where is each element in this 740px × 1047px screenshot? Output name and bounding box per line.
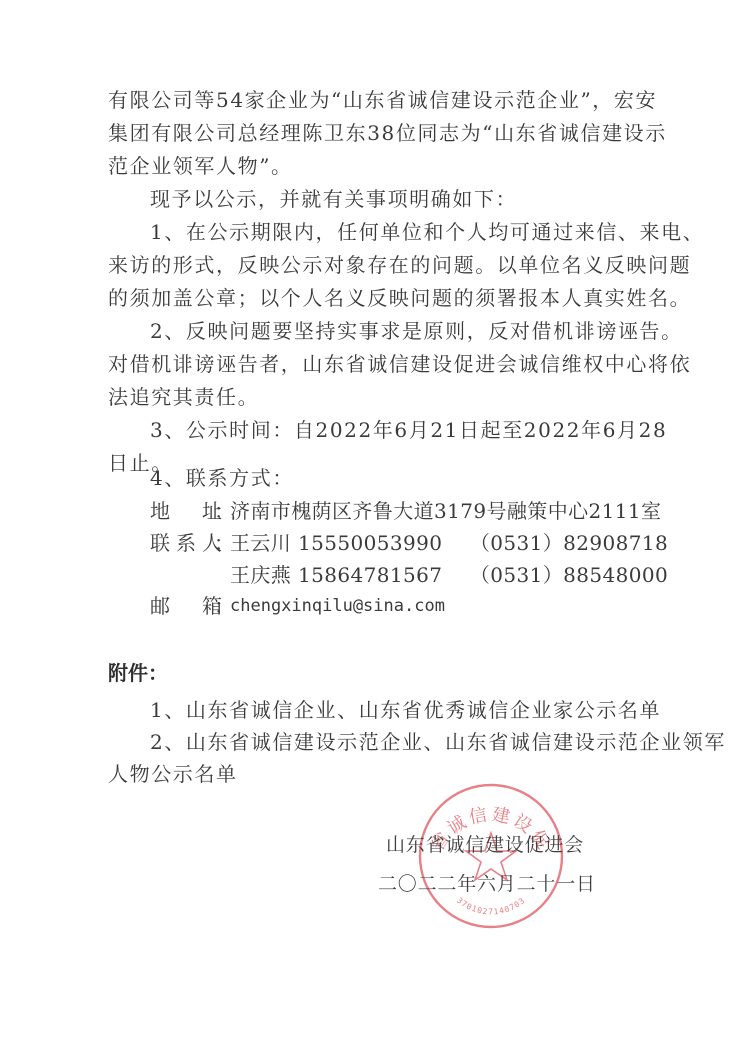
address-value: 济南市槐荫区齐鲁大道3179号融策中心2111室	[230, 499, 661, 523]
contact-phone: （0531）82908718	[470, 531, 668, 555]
contact-mobile: 15550053990	[298, 531, 442, 555]
signature-date: 二〇二二年六月二十一日	[378, 872, 596, 896]
signature-organization: 山东省诚信建设促进会	[386, 833, 584, 857]
contact-name: 王云川	[230, 531, 291, 555]
contact-name: 王庆燕	[230, 563, 291, 587]
contact-phone: （0531）88548000	[470, 563, 668, 587]
contact-person-label: 联系人	[150, 531, 222, 555]
body-line: 法追究其责任。	[108, 385, 634, 409]
contact-mobile: 15864781567	[298, 563, 442, 587]
body-line: 对借机诽谤诬告者，山东省诚信建设促进会诚信维权中心将依	[108, 352, 634, 376]
body-line: 的须加盖公章；以个人名义反映问题的须署报本人真实姓名。	[108, 286, 634, 310]
svg-text:3701027140703: 3701027140703	[455, 896, 527, 917]
contact-person-1: 王云川 15550053990 （0531）82908718	[230, 531, 668, 555]
body-line: 集团有限公司总经理陈卫东38位同志为“山东省诚信建设示	[108, 121, 634, 145]
body-line: 范企业领军人物”。	[108, 154, 634, 178]
email-value[interactable]: chengxinqilu@sina.com	[230, 594, 445, 618]
attachment-item: 1、山东省诚信企业、山东省优秀诚信企业家公示名单	[150, 698, 634, 722]
attachments-title: 附件：	[108, 661, 168, 685]
body-line: 4、联系方式：	[150, 466, 634, 490]
contact-person-2: 王庆燕 15864781567 （0531）88548000	[230, 563, 668, 587]
email-label: 邮箱	[150, 594, 222, 618]
attachment-item: 2、山东省诚信建设示范企业、山东省诚信建设示范企业领军	[150, 730, 634, 754]
document-page: 有限公司等54家企业为“山东省诚信建设示范企业”，宏安 集团有限公司总经理陈卫东…	[0, 0, 740, 1047]
body-line: 现予以公示，并就有关事项明确如下：	[150, 187, 634, 211]
body-line: 有限公司等54家企业为“山东省诚信建设示范企业”，宏安	[108, 88, 634, 112]
body-line: 2、反映问题要坚持实事求是原则，反对借机诽谤诬告。	[150, 319, 634, 343]
address-label: 地址	[150, 499, 222, 523]
body-line: 1、在公示期限内，任何单位和个人均可通过来信、来电、	[150, 220, 634, 244]
body-line: 3、公示时间：自2022年6月21日起至2022年6月28	[150, 418, 634, 442]
body-line: 来访的形式，反映公示对象存在的问题。以单位名义反映问题	[108, 253, 634, 277]
